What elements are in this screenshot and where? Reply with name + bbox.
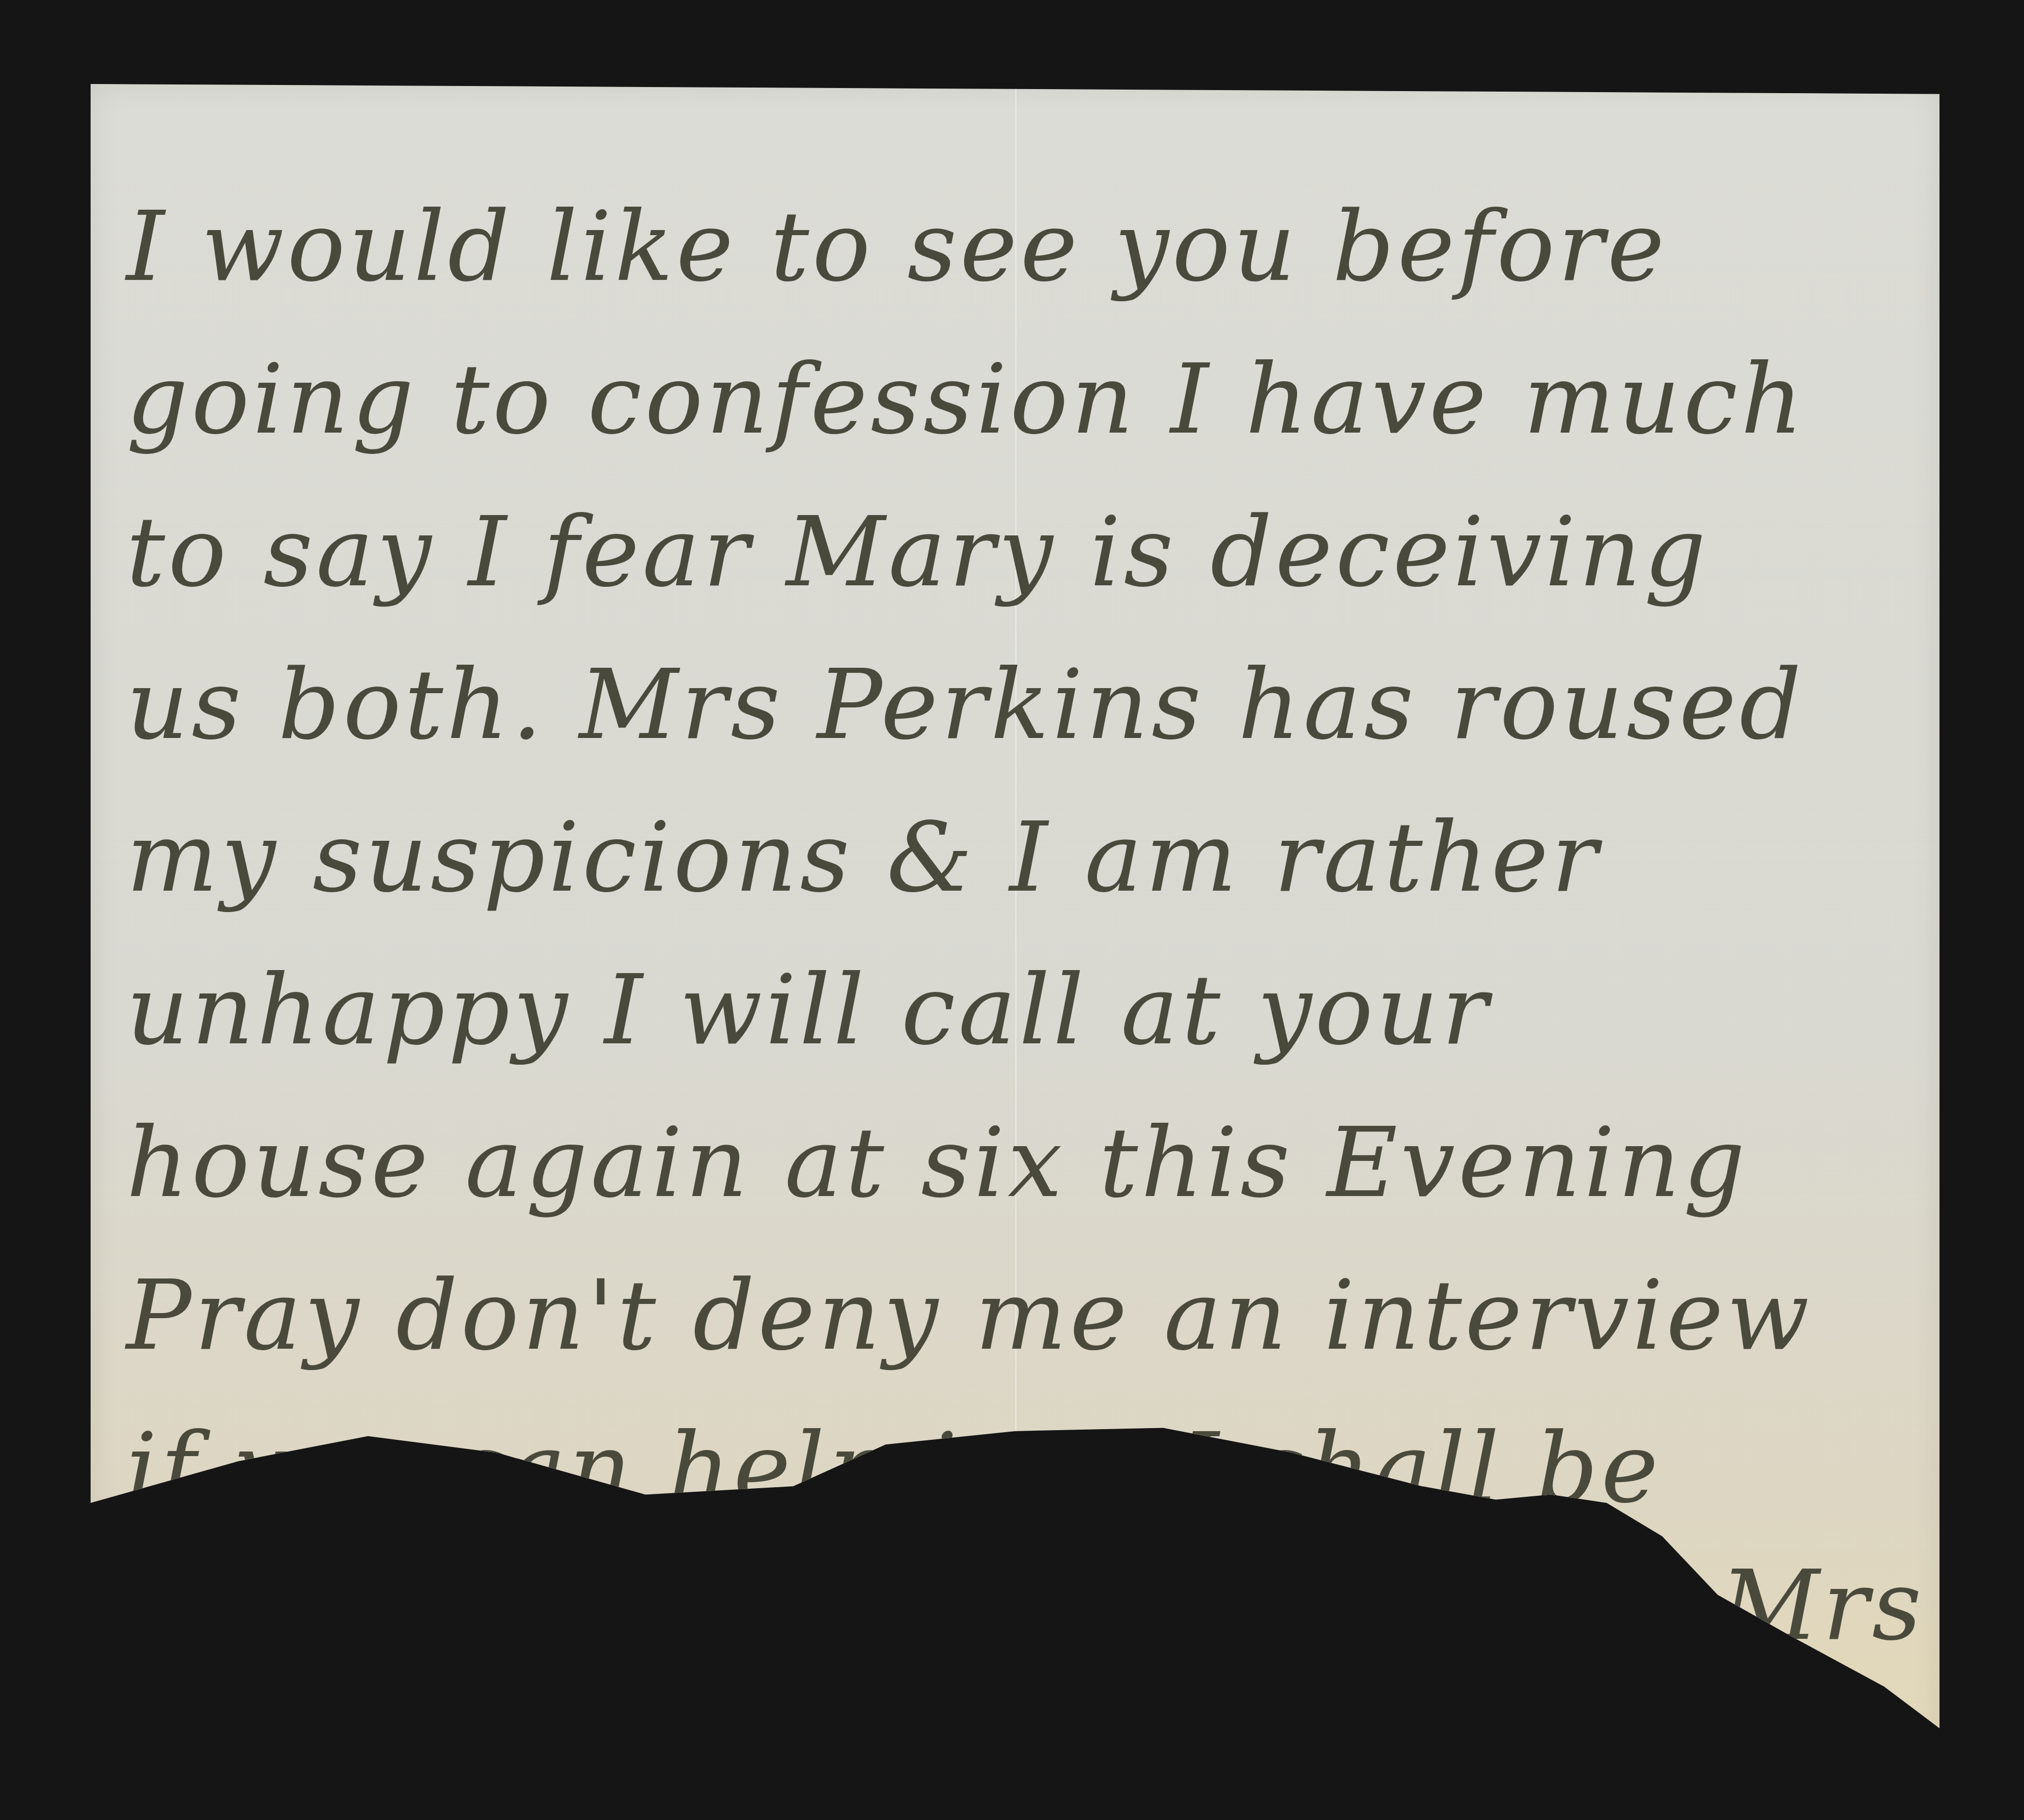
letter-line: quite ill What with the girls & Mrs P.: [126, 1545, 1909, 1667]
letter-line: unhappy I will call at your: [126, 934, 1909, 1087]
letter-closing-line: it is too much. worry God bless you: [126, 1667, 1909, 1779]
letter-line: if you can help it or I shall be: [126, 1392, 1909, 1545]
letter-line: I would like to see you before: [126, 170, 1909, 323]
letter-line: to say I fear Mary is deceiving: [126, 476, 1909, 629]
letter-paper: I would like to see you before going to …: [91, 84, 1939, 1753]
letter-line: going to confession I have much: [126, 323, 1909, 476]
letter-line: us both. Mrs Perkins has roused: [126, 629, 1909, 781]
letter-line: Pray don't deny me an interview: [126, 1239, 1909, 1392]
letter-line: house again at six this Evening: [126, 1087, 1909, 1239]
letter-text: I would like to see you before going to …: [126, 170, 1909, 1779]
letter-line: my suspicions & I am rather: [126, 781, 1909, 934]
